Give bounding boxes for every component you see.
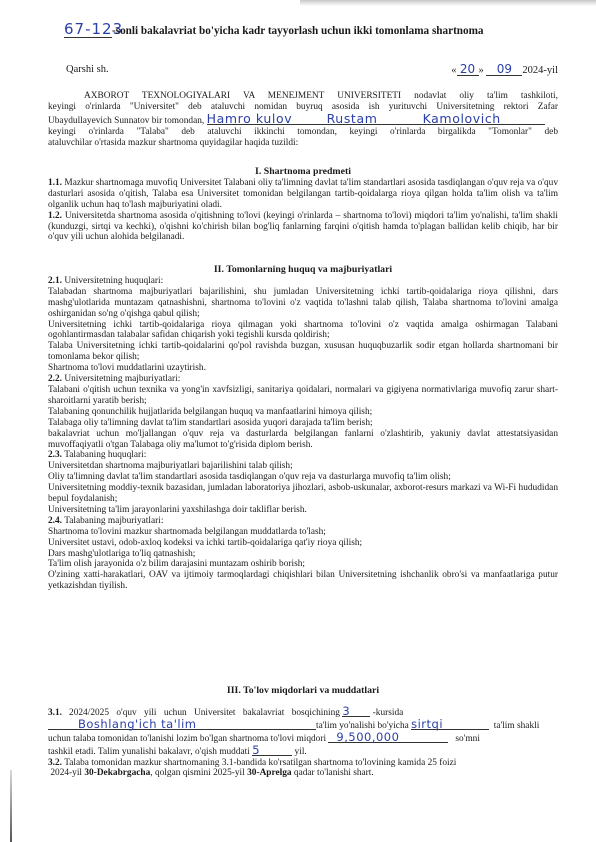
list-item: Dars mashg'ulotlariga to'liq qatnashish; — [48, 549, 558, 560]
list-item: Universitetning ta'lim jarayonlarini yax… — [48, 505, 558, 516]
section-1: I. Shartnoma predmeti 1.1. Mazkur shartn… — [48, 167, 558, 243]
list-item: Universitetdan shartnoma majburiyatlari … — [48, 461, 558, 472]
clause-3-2: 3.2. Talaba tomonidan mazkur shartnomani… — [48, 758, 558, 769]
duration-field: 5 — [252, 745, 292, 756]
section-2: II. Tomonlarning huquq va majburiyatlari… — [48, 265, 558, 592]
direction-field: Boshlang'ich ta'lim — [48, 719, 316, 730]
course-field: 3 — [342, 706, 370, 717]
list-item: Shartnoma to'lovi muddatlarini uzaytiris… — [48, 363, 558, 374]
list-item: Universitetning ichki tartib-qoidalariga… — [48, 320, 558, 342]
title-text: -sonli bakalavriat bo'yicha kadr tayyorl… — [112, 25, 484, 37]
section-2-heading: II. Tomonlarning huquq va majburiyatlari — [48, 265, 558, 276]
list-item: Oliy ta'limning davlat ta'lim standartla… — [48, 472, 558, 483]
city: Qarshi sh. — [66, 64, 109, 75]
document-title: 67-123-sonli bakalavriat bo'yicha kadr t… — [64, 22, 564, 38]
list-item: Talabaga oliy ta'limning davlat ta'lim s… — [48, 418, 558, 429]
section-1-heading: I. Shartnoma predmeti — [48, 167, 558, 178]
clause-1-2: 1.2. Universitetda shartnoma asosida o'q… — [48, 211, 558, 244]
list-item: Talabadan shartnoma majburiyatlari bajar… — [48, 287, 558, 320]
student-name: Hamro kulovRustamKamolovich — [207, 113, 545, 125]
list-item: Universitet ustavi, odob-axloq kodeksi v… — [48, 538, 558, 549]
contract-number: 67-123 — [64, 22, 112, 38]
date-day: 20 — [457, 63, 479, 76]
amount-field: 9,500,000 — [328, 732, 448, 743]
list-item: Talaba Universitetning ichki tartib-qoid… — [48, 341, 558, 363]
section-3: III. To'lov miqdorlari va muddatlari 3.1… — [48, 686, 558, 779]
contract-date: «20» 092024-yil — [451, 63, 558, 76]
section-3-heading: III. To'lov miqdorlari va muddatlari — [48, 686, 558, 697]
list-item: O'zining xatti-harakatlari, OAV va ijtim… — [48, 570, 558, 592]
list-item: Talabaning qonunchilik hujjatlarida belg… — [48, 407, 558, 418]
clause-1-1: 1.1. Mazkur shartnomaga muvofiq Universi… — [48, 178, 558, 211]
list-item: Universitetning moddiy-texnik bazasidan,… — [48, 483, 558, 505]
scan-edge — [10, 770, 12, 842]
preamble: AXBOROT TEXNOLOGIYALARI VA MENEJMENT UNI… — [48, 91, 558, 149]
scan-shadow — [300, 0, 596, 6]
clause-2-2: 2.2. Universitetning majburiyatlari: — [48, 374, 558, 385]
date-month: 09 — [486, 63, 522, 76]
study-form-field: sirtqi — [411, 719, 489, 730]
clause-2-4: 2.4. Talabaning majburiyatlari: — [48, 516, 558, 527]
clause-2-3: 2.3. Talabaning huquqlari: — [48, 450, 558, 461]
date-year: 2024-yil — [522, 65, 558, 76]
list-item: Ta'lim olish jarayonida o'z bilim daraja… — [48, 559, 558, 570]
list-item: bakalavriat uchun mo'ljallangan o'quv re… — [48, 429, 558, 451]
list-item: Talabani o'qitish uchun texnika va yong'… — [48, 385, 558, 407]
clause-2-1: 2.1. Universitetning huquqlari: — [48, 276, 558, 287]
list-item: Shartnoma to'lovini mazkur shartnomada b… — [48, 527, 558, 538]
